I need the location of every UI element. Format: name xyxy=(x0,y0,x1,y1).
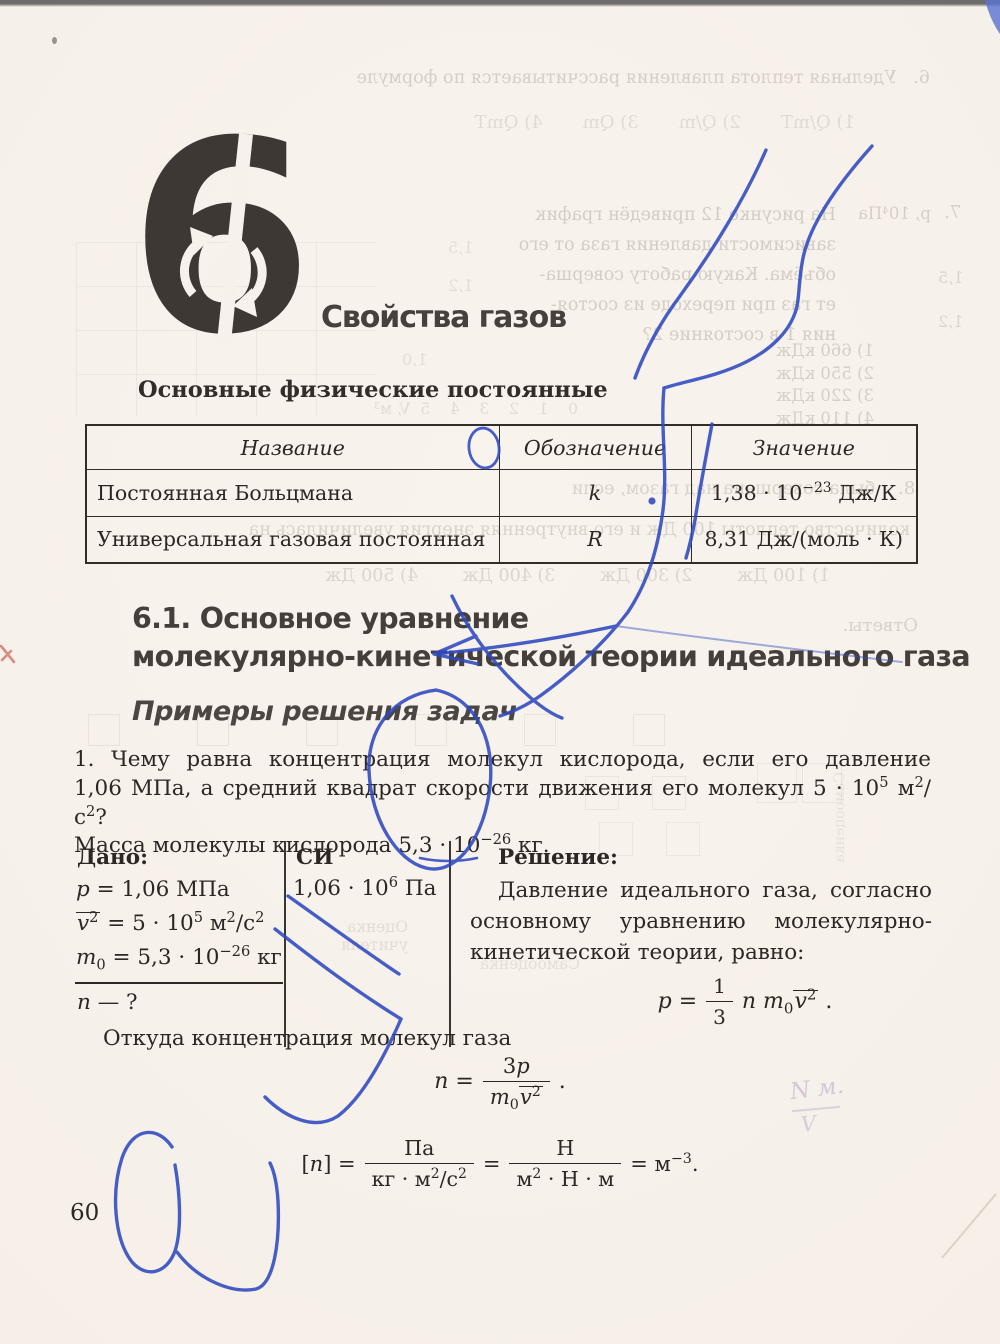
showthrough-problem7-options: 1) 660 кДж 2) 550 кДж 3) 220 кДж 4) 110 … xyxy=(734,340,874,430)
showthrough-top-line: 6. Удельная теплота плавления рассчитыва… xyxy=(150,68,930,88)
formula-pressure: p = 1 3 n m0v2 . xyxy=(560,974,930,1029)
fraction-one-third: 1 3 xyxy=(706,974,733,1029)
formula-rhs: n m0v2 . xyxy=(742,989,833,1014)
scanned-textbook-page: 6. Удельная теплота плавления рассчитыва… xyxy=(0,0,1000,1344)
table-header-row: Название Обозначение Значение xyxy=(86,425,917,470)
whence-text: Откуда концентрация молекул газа xyxy=(103,1026,511,1051)
showthrough-problem8-options: 1) 100 Дж 2) 300 Дж 3) 400 Дж 4) 500 Дж xyxy=(95,566,830,586)
pen-stroke-loop xyxy=(116,1132,180,1271)
showthrough-problem7-tick-2: 1,2 xyxy=(938,312,963,331)
showthrough-problem7-tick-1: 1,5 xyxy=(938,268,963,287)
handwritten-note: N м. xyxy=(789,1073,846,1105)
constant-value: 8,31 Дж/(моль · К) xyxy=(691,517,917,563)
scan-crease-mark xyxy=(930,1180,1000,1270)
formula-lhs: [n] = xyxy=(301,1152,355,1176)
constants-table: Название Обозначение Значение Постоянная… xyxy=(85,424,918,564)
formula-concentration: n = 3p m0v2 . xyxy=(300,1054,700,1109)
showthrough-top-options: 1) Q/mT 2) Q/m 3) Qm 4) QmT xyxy=(95,112,855,133)
section-subheading: Примеры решения задач xyxy=(132,696,517,727)
given-line: p = 1,06 МПа xyxy=(76,873,282,907)
given-divider-line xyxy=(75,982,283,984)
showthrough-graph-tick-3: 1,0 xyxy=(402,350,427,369)
page-number: 60 xyxy=(70,1200,99,1226)
constant-value: 1,38 · 10−23 Дж/К xyxy=(691,470,917,517)
problem-text: 1. Чему равна концентрация молекул кисло… xyxy=(74,746,931,861)
chapter-6-logo: 6 xyxy=(133,132,308,347)
formula-units: [n] = Па кг · м2/с2 = Н м2 · Н · м = м−3… xyxy=(250,1136,750,1191)
problem-line: 1. Чему равна концентрация молекул кисло… xyxy=(74,746,931,775)
red-edge-mark xyxy=(0,640,20,670)
table-row: Универсальная газовая постоянная R 8,31 … xyxy=(86,517,917,563)
formula-rhs: = м−3. xyxy=(630,1152,698,1176)
column-divider xyxy=(284,841,286,1047)
solution-line: Давление идеального газа, согласно xyxy=(470,875,932,906)
col-header-name: Название xyxy=(86,425,499,470)
formula-dot: . xyxy=(559,1069,566,1094)
fraction-n-units: Н м2 · Н · м xyxy=(509,1136,621,1191)
si-value: 1,06 · 106 Па xyxy=(293,876,436,901)
table-row: Постоянная Больцмана k 1,38 · 10−23 Дж/К xyxy=(86,470,917,517)
constant-name: Постоянная Больцмана xyxy=(86,470,499,517)
given-label: Дано: xyxy=(77,845,148,870)
showthrough-box xyxy=(633,714,665,746)
constant-symbol: k xyxy=(499,470,691,517)
handwritten-note: V xyxy=(800,1111,818,1136)
solution-label: Решение: xyxy=(498,845,618,870)
showthrough-box xyxy=(88,714,120,746)
scan-corner-mark xyxy=(980,0,1000,34)
showthrough-box xyxy=(524,714,556,746)
si-label: СИ xyxy=(296,845,333,870)
fraction-3p-over-m0v2: 3p m0v2 xyxy=(483,1054,550,1109)
showthrough-graph-tick-1: 1,5 xyxy=(448,238,473,257)
handwritten-fraction-line xyxy=(792,1106,840,1112)
constant-name: Универсальная газовая постоянная xyxy=(86,517,499,563)
section-heading-line1: 6.1. Основное уравнение xyxy=(132,600,970,638)
given-line: v2 = 5 · 105 м2/с2 xyxy=(76,907,282,941)
given-find: n — ? xyxy=(77,990,138,1015)
formula-lhs: p = xyxy=(658,989,698,1014)
solution-line: кинетической теории, равно: xyxy=(470,937,932,968)
formula-lhs: n = xyxy=(434,1069,474,1094)
chapter-title: Свойства газов xyxy=(321,300,566,335)
column-divider xyxy=(449,841,451,1047)
fraction-pa-units: Па кг · м2/с2 xyxy=(365,1136,474,1191)
section-heading-line2: молекулярно-кинетической теории идеально… xyxy=(132,638,970,676)
constant-symbol: R xyxy=(499,517,691,563)
scan-top-edge xyxy=(0,0,1000,7)
logo-center-disc xyxy=(208,256,238,286)
solution-line: основному уравнению молекулярно- xyxy=(470,906,932,937)
section-heading: 6.1. Основное уравнение молекулярно-кине… xyxy=(132,600,970,676)
formula-equals: = xyxy=(483,1152,501,1176)
scan-speck xyxy=(52,37,57,44)
col-header-value: Значение xyxy=(691,425,917,470)
showthrough-teacher-grade: Оценка учителя xyxy=(278,918,408,954)
showthrough-problem7-axis-label: р, 10⁴Па xyxy=(858,204,931,223)
given-line: m0 = 5,3 · 10−26 кг xyxy=(76,941,282,975)
problem-line: 1,06 МПа, а средний квадрат скорости дви… xyxy=(74,775,931,833)
constants-heading: Основные физические постоянные xyxy=(138,377,608,403)
solution-text: Давление идеального газа, согласно основ… xyxy=(470,875,932,968)
col-header-symbol: Обозначение xyxy=(499,425,691,470)
showthrough-problem7-number: 7. xyxy=(944,202,961,223)
given-items: p = 1,06 МПа v2 = 5 · 105 м2/с2 m0 = 5,3… xyxy=(76,873,282,975)
showthrough-graph-tick-2: 1,2 xyxy=(448,276,473,295)
